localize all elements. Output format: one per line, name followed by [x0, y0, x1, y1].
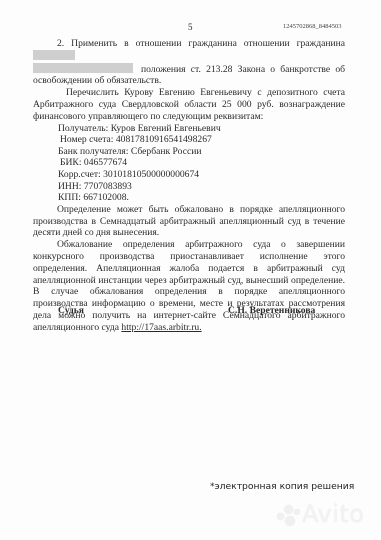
electronic-copy-note: *электронная копия решения — [210, 481, 354, 492]
appeal-court-link[interactable]: http://17aas.arbitr.ru. — [121, 322, 201, 333]
paragraph-apply-line1: 2. Применить в отношении гражданина отно… — [33, 38, 345, 63]
requisite-recipient: Получатель: Куров Евгений Евгеньевич — [33, 123, 345, 135]
paragraph-apply-line2: положения ст. 213.28 Закона о банкротств… — [33, 63, 345, 76]
apply-line2-text: положения ст. 213.28 Закона о банкротств… — [141, 64, 345, 75]
requisite-account: Номер счета: 40817810916541498267 — [33, 134, 345, 146]
redaction-block — [33, 50, 75, 60]
avito-logo-icon — [277, 505, 303, 527]
document-id: 1245702868_8484503 — [283, 23, 342, 30]
paragraph-appeal: Определение может быть обжаловано в поря… — [33, 204, 345, 239]
signature-name: С.Н. Веретенникова — [228, 305, 315, 316]
requisite-kpp: КПП: 667102008. — [33, 192, 345, 204]
page-number: 5 — [188, 22, 193, 32]
requisite-bank: Банк получателя: Сбербанк России — [33, 146, 345, 158]
avito-watermark: Avito — [302, 500, 364, 528]
apply-line1-text: 2. Применить в отношении гражданина отно… — [57, 38, 345, 49]
requisite-corr-account: Корр.счет: 30101810500000000674 — [33, 169, 345, 181]
signature-role: Судья — [58, 305, 84, 316]
paragraph-apply-line3: освобождении об обязательств. — [33, 75, 345, 87]
paragraph-transfer: Перечислить Курову Евгению Евгеньевичу с… — [33, 87, 345, 122]
requisite-inn: ИНН: 7707083893 — [33, 181, 345, 193]
requisite-bik: БИК: 046577674 — [33, 157, 345, 169]
paragraph-appeal-details: Обжалование определения арбитражного суд… — [33, 239, 345, 333]
document-page: 5 1245702868_8484503 2. Применить в отно… — [0, 0, 381, 540]
redaction-block — [33, 63, 133, 73]
document-body: 2. Применить в отношении гражданина отно… — [33, 38, 345, 334]
appeal-details-text: Обжалование определения арбитражного суд… — [33, 239, 345, 333]
